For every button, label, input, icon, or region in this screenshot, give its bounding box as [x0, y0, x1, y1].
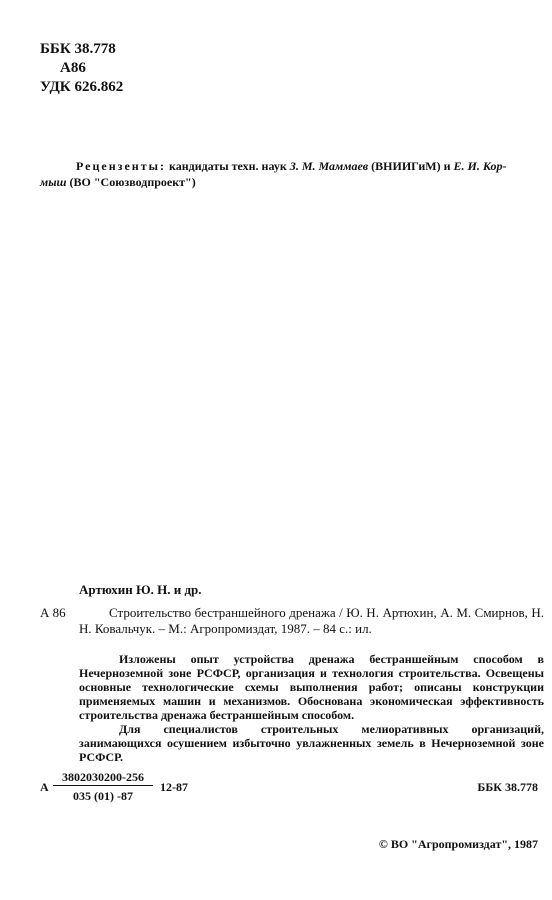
udk-code: УДК 626.862	[40, 78, 123, 97]
isbn-denominator: 035 (01) -87	[53, 789, 153, 803]
reviewer-2-org: (ВО "Союзводпроект")	[67, 175, 196, 189]
annotation-paragraph: Изложены опыт устройства дренажа бестран…	[79, 652, 544, 722]
isbn-letter: А	[40, 780, 49, 795]
footer-bbk: ББК 38.778	[477, 780, 538, 795]
classification-header: ББК 38.778 А86 УДК 626.862	[40, 40, 123, 97]
bibliographic-description: Строительство бестраншейного дренажа / Ю…	[79, 605, 544, 637]
isbn-numerator: 3802030200-256	[53, 770, 153, 784]
isbn-suffix: 12-87	[160, 780, 188, 795]
reviewers-block: Рецензенты: кандидаты техн. наук З. М. М…	[40, 158, 520, 190]
reviewer-2-cont: мыш	[40, 175, 67, 189]
catalog-code: А 86	[40, 605, 66, 621]
fraction-line	[53, 785, 153, 786]
author-mark: А86	[40, 59, 123, 78]
reviewer-1-org: (ВНИИГиМ) и	[368, 159, 453, 173]
catalog-author: Артюхин Ю. Н. и др.	[79, 582, 202, 598]
isbn-fraction: 3802030200-256 035 (01) -87	[53, 770, 153, 803]
reviewer-2: Е. И. Кор-	[454, 159, 507, 173]
annotation-paragraph: Для специалистов строительных мелиоратив…	[79, 722, 544, 764]
reviewers-label: Рецензенты:	[76, 159, 166, 173]
annotation: Изложены опыт устройства дренажа бестран…	[79, 652, 544, 764]
reviewer-1: З. М. Маммаев	[290, 159, 368, 173]
reviewers-text: кандидаты техн. наук	[166, 159, 290, 173]
copyright: © ВО "Агропромиздат", 1987	[379, 837, 538, 852]
bibliographic-text: Строительство бестраншейного дренажа / Ю…	[79, 605, 544, 636]
bbk-code: ББК 38.778	[40, 40, 123, 59]
